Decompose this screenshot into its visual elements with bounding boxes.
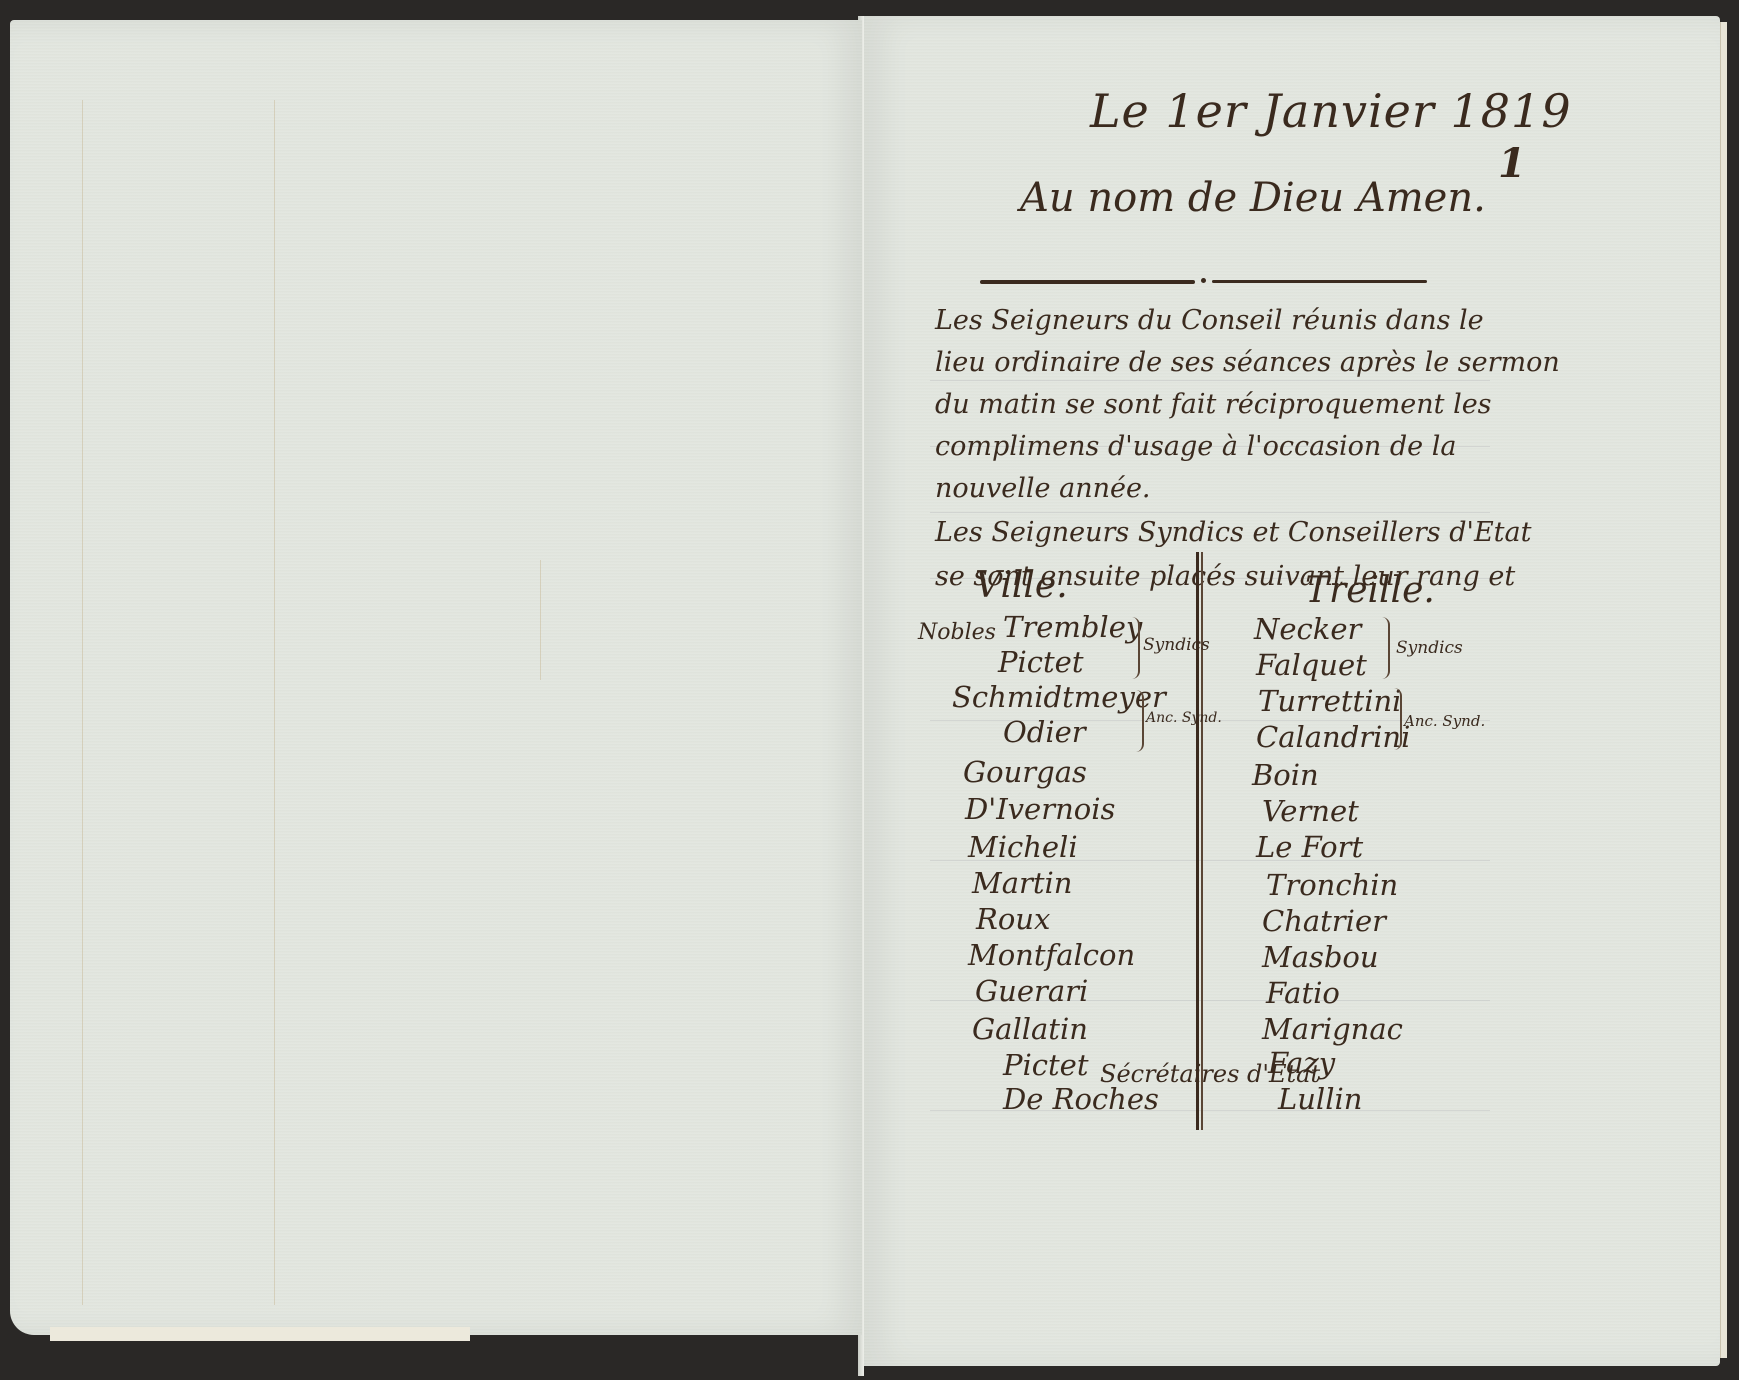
treille-name: Masbou (1262, 940, 1379, 974)
brace-ville-syndics (1128, 617, 1140, 679)
treille-name: Calandrini (1256, 720, 1410, 754)
note-treille-syndics: Syndics (1396, 638, 1463, 658)
decorative-rule-dot (1201, 278, 1206, 283)
ville-name: Roux (976, 902, 1050, 936)
ville-name: Gallatin (972, 1012, 1088, 1046)
paragraph-1-line-4: complimens d'usage à l'occasion de la (935, 426, 1456, 468)
ville-name: Pictet (998, 645, 1084, 679)
margin-line (274, 100, 275, 1305)
note-ville-anc-synd: Anc. Synd. (1146, 710, 1222, 726)
treille-name: Vernet (1262, 794, 1359, 828)
note-treille-anc-synd: Anc. Synd. (1404, 712, 1485, 730)
left-page-blank (10, 20, 862, 1335)
treille-name: Tronchin (1266, 868, 1398, 902)
treille-name: Necker (1254, 612, 1361, 646)
ville-name: Martin (972, 866, 1072, 900)
treille-name: Turrettini (1258, 684, 1401, 718)
brace-treille-syndics (1378, 617, 1390, 679)
ville-name: Micheli (968, 830, 1078, 864)
column-heading-ville: Ville. (975, 565, 1068, 606)
invocation-heading: Au nom de Dieu Amen. (1020, 175, 1486, 221)
treille-name: Falquet (1256, 648, 1367, 682)
ville-name: Gourgas (963, 755, 1087, 789)
page-stack-edge (1720, 22, 1727, 1358)
column-heading-treille: Treille. (1305, 570, 1435, 611)
paragraph-1-line-3: du matin se sont fait réciproquement les (935, 384, 1492, 426)
decorative-rule-right (1212, 280, 1427, 283)
margin-line (540, 560, 541, 680)
note-secretaires-etat: Sécrétaires d'Etat (1100, 1060, 1320, 1088)
ville-name: Guerari (975, 974, 1088, 1008)
paragraph-1-line-5: nouvelle année. (935, 468, 1151, 510)
decorative-rule-left (980, 280, 1195, 284)
treille-name: Fatio (1266, 976, 1340, 1010)
note-ville-syndics: Syndics (1143, 635, 1210, 655)
row-prefix-nobles: Nobles (918, 620, 996, 645)
paragraph-1-line-1: Les Seigneurs du Conseil réunis dans le (935, 300, 1484, 342)
margin-line (82, 100, 83, 1305)
ville-name: Odier (1003, 715, 1086, 749)
treille-name: Le Fort (1256, 830, 1363, 864)
page-number: 1 (1498, 140, 1526, 187)
ville-name: Trembley (1003, 610, 1142, 644)
treille-name: Chatrier (1262, 904, 1386, 938)
ville-name: D'Ivernois (965, 792, 1115, 826)
date-heading: Le 1er Janvier 1819 (1090, 84, 1572, 138)
treille-name: Marignac (1262, 1012, 1403, 1046)
brace-treille-anc-synd (1390, 688, 1402, 750)
treille-name: Boin (1252, 758, 1319, 792)
brace-ville-anc-synd (1132, 690, 1144, 752)
paragraph-2-line-1: Les Seigneurs Syndics et Conseillers d'E… (935, 512, 1531, 554)
ville-name: Pictet (1003, 1048, 1089, 1082)
torn-page-edge (50, 1327, 470, 1341)
ville-name: Montfalcon (968, 938, 1135, 972)
paragraph-1-line-2: lieu ordinaire de ses séances après le s… (935, 342, 1560, 384)
